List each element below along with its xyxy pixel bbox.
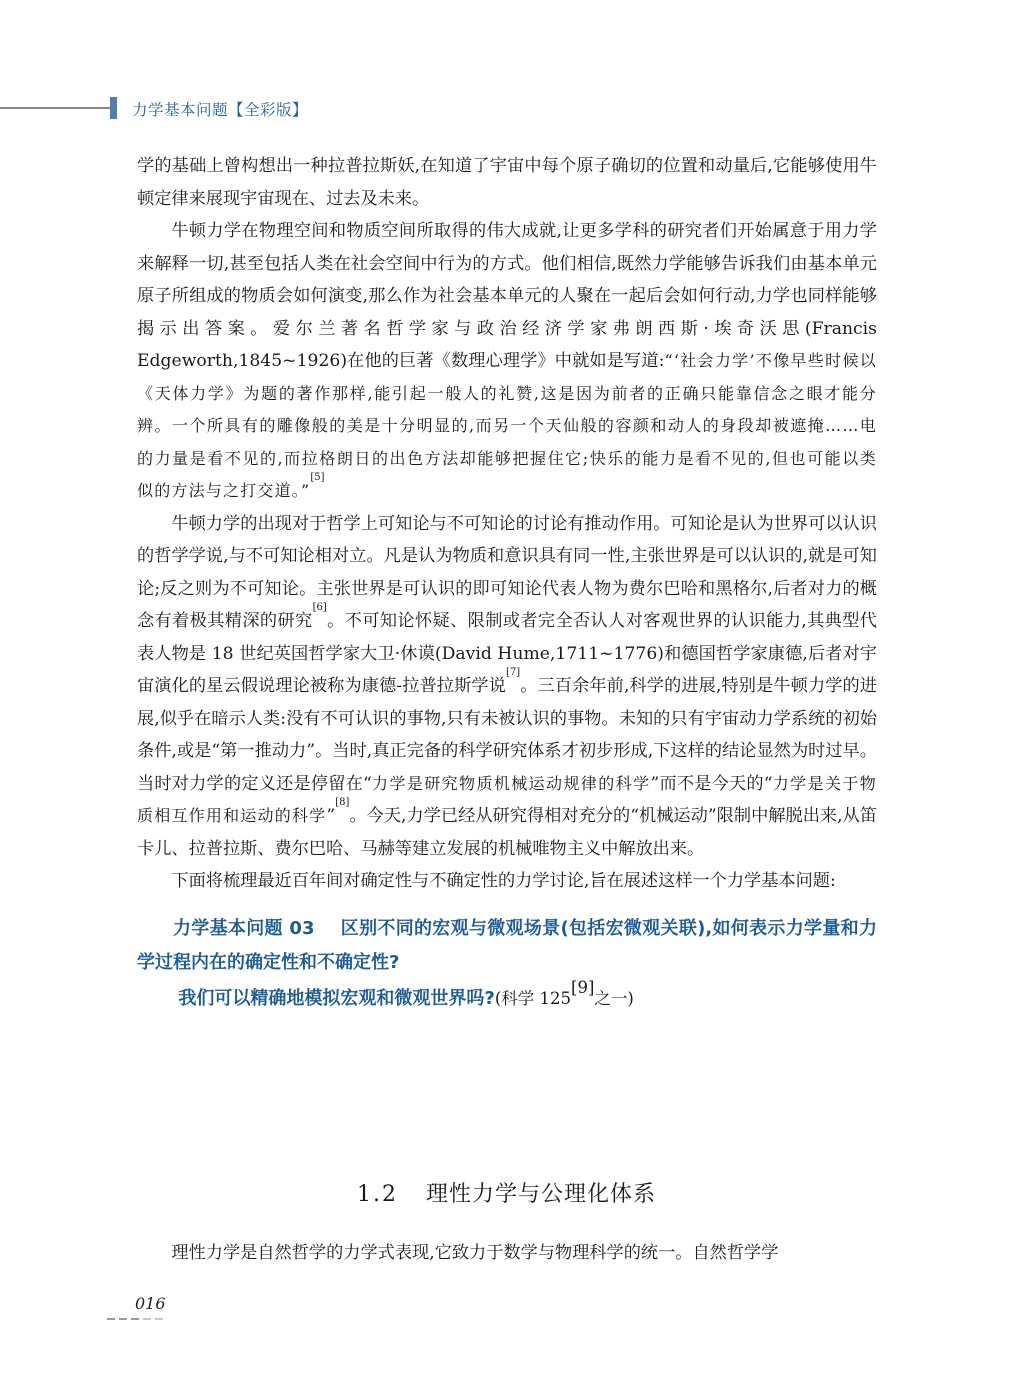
citation-7: [7] — [506, 667, 520, 678]
section-body: 理性力学是自然哲学的力学式表现,它致力于数学与物理科学的统一。自然哲学学 — [137, 1237, 877, 1270]
old-definition-quote: 力学是研究物质机械运动规律的科学 — [372, 774, 651, 793]
paragraph-4: 下面将梳理最近百年间对确定性与不确定性的力学讨论,旨在展述这样一个力学基本问题: — [137, 865, 877, 898]
citation-8: [8] — [335, 797, 349, 808]
key-question-box: 力学基本问题 03 区别不同的宏观与微观场景(包括宏微观关联),如何表示力学量和… — [137, 912, 877, 1016]
question-label: 力学基本问题 03 — [173, 918, 314, 939]
footer-dash-decoration — [107, 1318, 163, 1320]
science-125-note-end: 之一) — [594, 989, 633, 1008]
citation-5: [5] — [310, 472, 324, 483]
section-title: 理性力学与公理化体系 — [426, 1182, 656, 1207]
citation-9: [9] — [571, 978, 594, 997]
section-heading: 1.2理性力学与公理化体系 — [0, 1177, 1013, 1208]
page-number: 016 — [135, 1294, 166, 1313]
sub-question-text: 我们可以精确地模拟宏观和微观世界吗? — [178, 988, 494, 1009]
edgeworth-quote: “‘社会力学’不像早些时候以《天体力学》为题的著作那样,能引起一般人的礼赞,这是… — [137, 351, 877, 500]
paragraph-3: 牛顿力学的出现对于哲学上可知论与不可知论的讨论有推动作用。可知论是认为世界可以认… — [137, 508, 877, 866]
body-text: 学的基础上曾构想出一种拉普拉斯妖,在知道了宇宙中每个原子确切的位置和动量后,它能… — [137, 150, 877, 1016]
paragraph-1: 学的基础上曾构想出一种拉普拉斯妖,在知道了宇宙中每个原子确切的位置和动量后,它能… — [137, 150, 877, 215]
header-accent-block — [110, 97, 117, 119]
paragraph-3-part-d: ”而不是今天的“ — [650, 774, 772, 794]
section-number: 1.2 — [357, 1182, 398, 1207]
paragraph-3-part-e: ” — [326, 806, 335, 826]
paragraph-5: 理性力学是自然哲学的力学式表现,它致力于数学与物理科学的统一。自然哲学学 — [137, 1237, 877, 1270]
running-header-title: 力学基本问题【全彩版】 — [132, 98, 308, 120]
paragraph-2: 牛顿力学在物理空间和物质空间所取得的伟大成就,让更多学科的研究者们开始属意于用力… — [137, 215, 877, 508]
science-125-note: (科学 125 — [495, 989, 571, 1008]
sub-question: 我们可以精确地模拟宏观和微观世界吗?(科学 125[9]之一) — [137, 982, 877, 1016]
citation-6: [6] — [313, 602, 327, 613]
paragraph-2-intro: 牛顿力学在物理空间和物质空间所取得的伟大成就,让更多学科的研究者们开始属意于用力… — [137, 221, 877, 371]
key-question: 力学基本问题 03 区别不同的宏观与微观场景(包括宏微观关联),如何表示力学量和… — [137, 912, 877, 980]
header-rule — [0, 107, 110, 109]
